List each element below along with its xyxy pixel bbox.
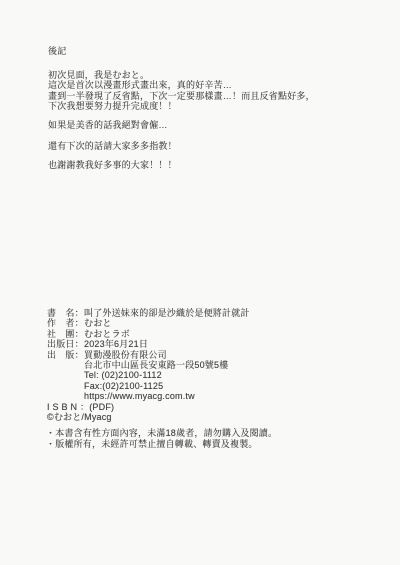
publisher-address: 台北市中山區長安東路一段50號5樓 <box>84 360 390 370</box>
colophon-row-publisher: 出 版： 買動漫股份有限公司 <box>47 350 390 360</box>
notice-copyright: ・版權所有，未經許可禁止擅自轉載、轉賣及複製。 <box>46 439 390 450</box>
book-title: 叫了外送妹來的卻是沙織於是便將計就計 <box>84 308 250 318</box>
notice-adult-content: ・本書含有性方面內容，未滿18歲者，請勿購入及閱讀。 <box>46 428 390 439</box>
colophon-section: 書 名： 叫了外送妹來的卻是沙織於是便將計就計 作 者： むおと 社 團： むお… <box>47 308 390 422</box>
colophon-page: 後記 初次見面，我是むおと。 這次是首次以漫畫形式畫出來，真的好辛苦… 畫到一半… <box>0 0 400 565</box>
afterword-line: 初次見面，我是むおと。 <box>48 70 380 81</box>
afterword-line: 還有下次的話請大家多多指教！ <box>48 141 380 152</box>
colophon-label: 書 名： <box>47 308 84 318</box>
afterword-paragraph: 初次見面，我是むおと。 這次是首次以漫畫形式畫出來，真的好辛苦… 畫到一半發現了… <box>48 70 380 112</box>
publish-date: 2023年6月21日 <box>84 339 148 349</box>
publisher-website: https://www.myacg.com.tw <box>84 391 390 401</box>
colophon-row-title: 書 名： 叫了外送妹來的卻是沙織於是便將計就計 <box>47 308 390 318</box>
colophon-label: 出版日： <box>47 339 84 349</box>
colophon-label: 作 者： <box>47 318 84 328</box>
afterword-line: 這次是首次以漫畫形式畫出來，真的好辛苦… <box>48 80 380 91</box>
colophon-label: 社 團： <box>47 329 84 339</box>
colophon-label: 出 版： <box>47 350 84 360</box>
afterword-section: 後記 初次見面，我是むおと。 這次是首次以漫畫形式畫出來，真的好辛苦… 畫到一半… <box>48 46 380 171</box>
afterword-line: 下次我想要努力提升完成度！！ <box>48 101 380 112</box>
afterword-line: 也謝謝教我好多事的大家！！！ <box>48 160 380 171</box>
colophon-row-author: 作 者： むおと <box>47 318 390 328</box>
afterword-paragraph: 還有下次的話請大家多多指教！ <box>48 141 380 152</box>
afterword-heading: 後記 <box>48 46 380 57</box>
afterword-paragraph: 也謝謝教我好多事的大家！！！ <box>48 160 380 171</box>
afterword-line: 如果是美香的話我絕對會僱… <box>48 120 380 131</box>
colophon-row-pubdate: 出版日： 2023年6月21日 <box>47 339 390 349</box>
publisher-fax: Fax:(02)2100-1125 <box>84 381 390 391</box>
publisher-name: 買動漫股份有限公司 <box>84 350 167 360</box>
author-name: むおと <box>84 318 112 328</box>
notices-section: ・本書含有性方面內容，未滿18歲者，請勿購入及閱讀。 ・版權所有，未經許可禁止擅… <box>46 428 390 450</box>
isbn-value: ：(PDF) <box>80 402 114 412</box>
circle-name: むおとラボ <box>84 329 130 339</box>
publisher-tel: Tel: (02)2100-1112 <box>84 370 390 380</box>
isbn-label: ISBN <box>47 402 80 412</box>
afterword-paragraph: 如果是美香的話我絕對會僱… <box>48 120 380 131</box>
afterword-line: 畫到一半發現了反省點，下次一定要那樣畫…！而且反省點好多， <box>48 91 380 102</box>
isbn-line: ISBN：(PDF) <box>47 402 390 412</box>
colophon-row-circle: 社 團： むおとラボ <box>47 329 390 339</box>
copyright-line: ©むおと/Myacg <box>47 412 390 422</box>
